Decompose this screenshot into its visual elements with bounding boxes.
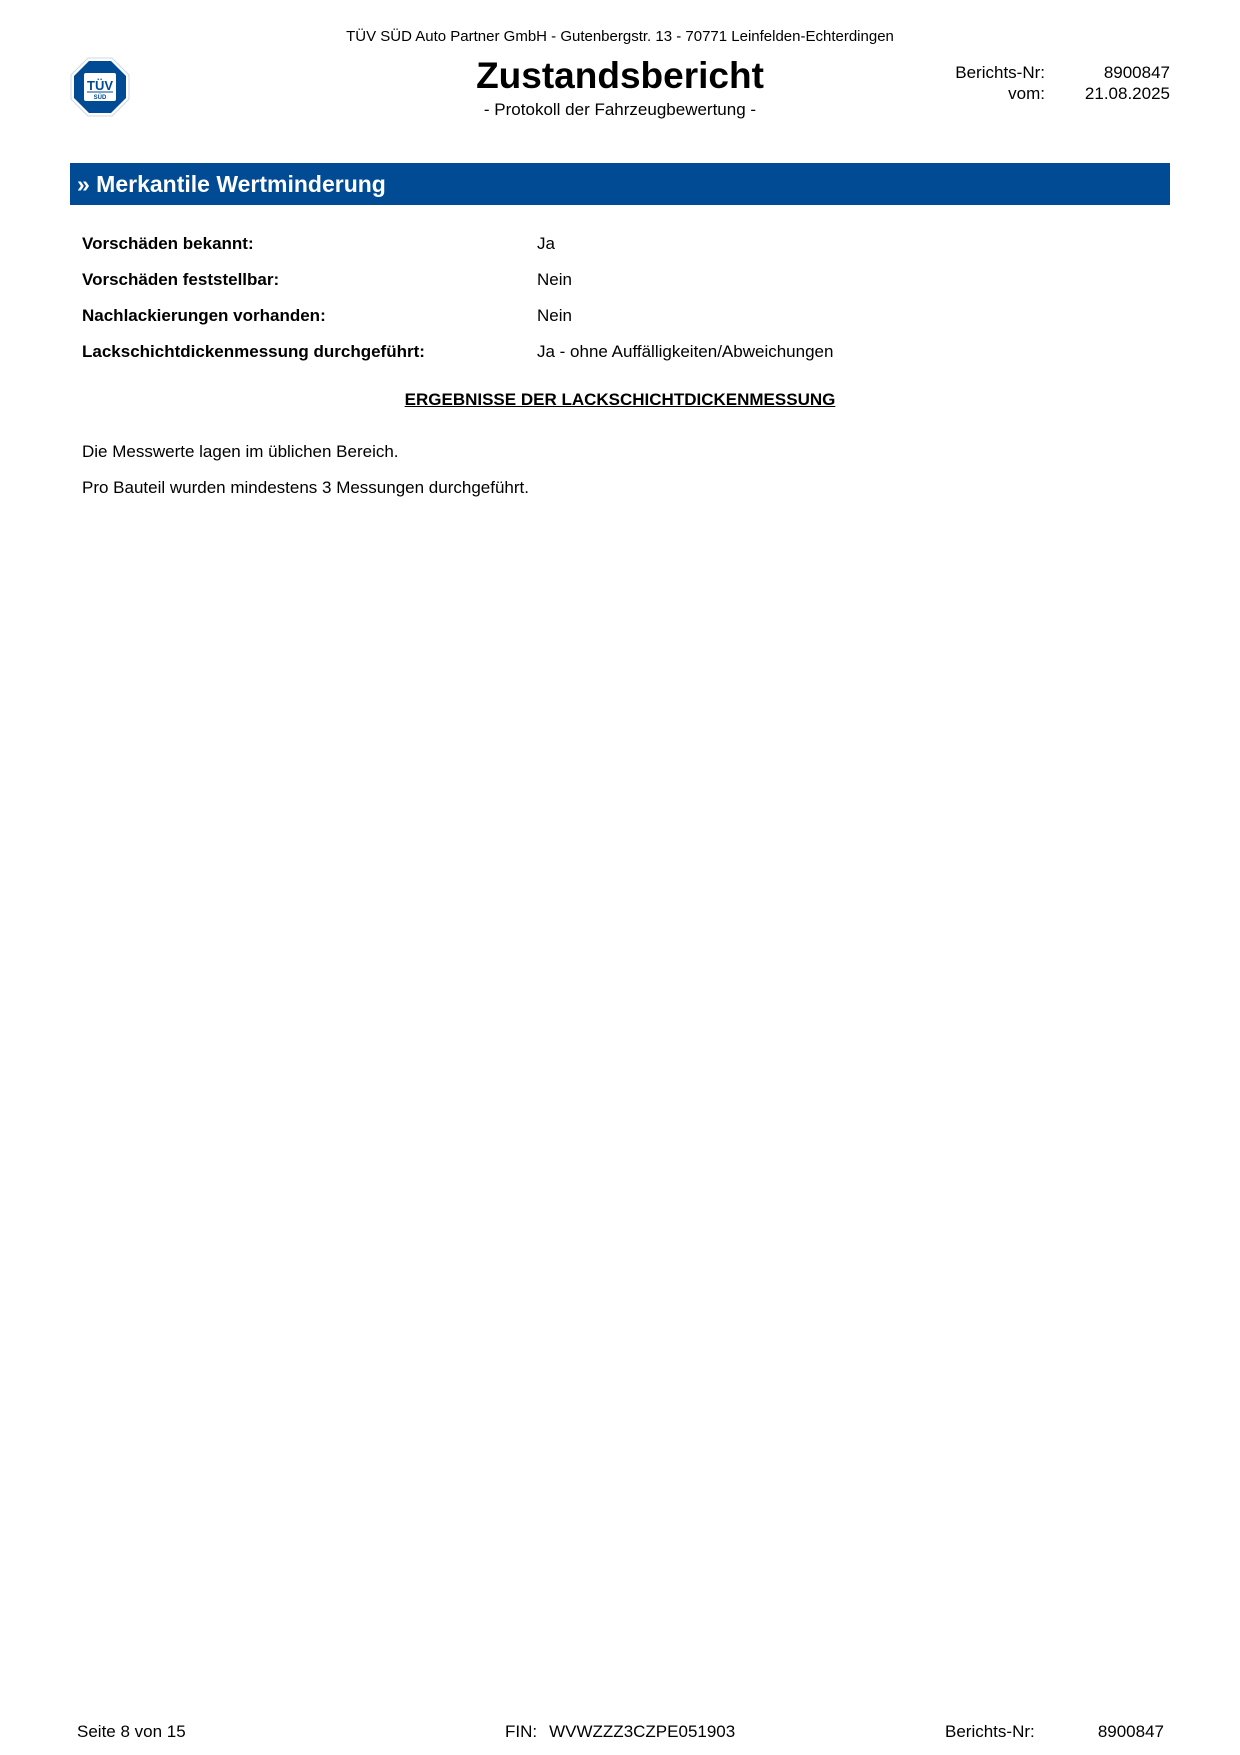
report-number-row: Berichts-Nr: 8900847: [920, 62, 1170, 83]
section-fields: Vorschäden bekannt: Ja Vorschäden festst…: [82, 226, 1162, 370]
field-row: Vorschäden bekannt: Ja: [82, 226, 1162, 262]
field-value: Nein: [537, 270, 1162, 290]
results-text: Die Messwerte lagen im üblichen Bereich.…: [82, 442, 529, 514]
field-label: Vorschäden feststellbar:: [82, 270, 537, 290]
page-number: Seite 8 von 15: [77, 1722, 186, 1742]
report-date-row: vom: 21.08.2025: [920, 83, 1170, 104]
vehicle-fin: FIN:WVWZZZ3CZPE051903: [505, 1722, 735, 1742]
field-row: Nachlackierungen vorhanden: Nein: [82, 298, 1162, 334]
field-value: Ja - ohne Auffälligkeiten/Abweichungen: [537, 342, 1162, 362]
company-address-line: TÜV SÜD Auto Partner GmbH - Gutenbergstr…: [0, 28, 1240, 45]
field-value: Ja: [537, 234, 1162, 254]
field-label: Vorschäden bekannt:: [82, 234, 537, 254]
field-label: Nachlackierungen vorhanden:: [82, 306, 537, 326]
fin-value: WVWZZZ3CZPE051903: [549, 1722, 735, 1741]
field-value: Nein: [537, 306, 1162, 326]
field-label: Lackschichtdickenmessung durchgeführt:: [82, 342, 537, 362]
report-number-label: Berichts-Nr:: [920, 63, 1045, 83]
results-heading: ERGEBNISSE DER LACKSCHICHTDICKENMESSUNG: [0, 390, 1240, 410]
report-date-label: vom:: [920, 84, 1045, 104]
report-number-value: 8900847: [1045, 63, 1170, 83]
field-row: Vorschäden feststellbar: Nein: [82, 262, 1162, 298]
report-meta: Berichts-Nr: 8900847 vom: 21.08.2025: [920, 62, 1170, 104]
field-row: Lackschichtdickenmessung durchgeführt: J…: [82, 334, 1162, 370]
footer-report-number-label: Berichts-Nr:: [945, 1722, 1035, 1742]
report-date-value: 21.08.2025: [1045, 84, 1170, 104]
section-header-merkantile-wertminderung: » Merkantile Wertminderung: [70, 163, 1170, 205]
results-line: Die Messwerte lagen im üblichen Bereich.: [82, 442, 529, 478]
fin-label: FIN:: [505, 1722, 537, 1741]
results-line: Pro Bauteil wurden mindestens 3 Messunge…: [82, 478, 529, 514]
footer-report-number-value: 8900847: [1098, 1722, 1164, 1742]
